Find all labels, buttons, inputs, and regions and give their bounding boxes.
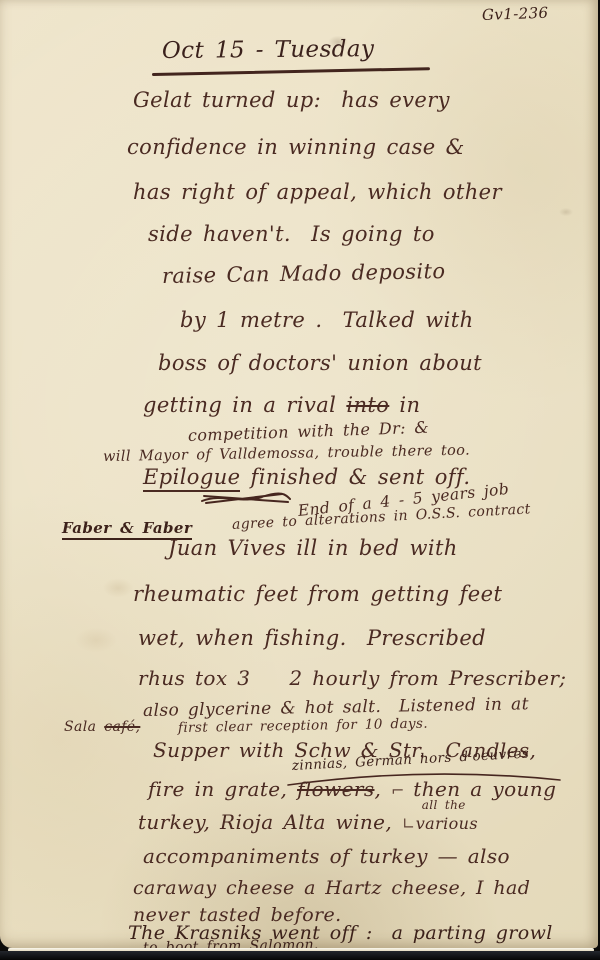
diary-line: Juan Vives ill in bed with — [168, 538, 458, 559]
margin-note-publisher: Faber & Faber — [62, 521, 192, 536]
underlined-word: Epilogue — [143, 465, 240, 492]
line-text: getting in a rival — [143, 393, 346, 417]
diary-line: has right of appeal, which other — [133, 182, 502, 203]
diary-line: raise Can Mado deposito — [162, 261, 446, 287]
diary-line: Gelat turned up: has every — [133, 90, 450, 111]
diary-line: boss of doctors' union about — [158, 353, 482, 374]
line-text: various — [416, 814, 478, 833]
diary-page-scan: Gv1-236 Oct 15 - Tuesday Gelat turned up… — [0, 0, 600, 960]
line-text: turkey, Rioja Alta wine, — [138, 810, 402, 834]
diary-line: accompaniments of turkey — also — [143, 846, 510, 866]
margin-note-sala: Sala café, — [64, 720, 140, 734]
diary-line: fire in grate, flowers, ⌐ then a young — [148, 779, 556, 799]
diary-line: getting in a rival into in — [143, 395, 420, 416]
line-text: fire in grate, — [148, 777, 297, 801]
inserted-words: all the — [422, 799, 466, 811]
insertion-caret-icon: ∟ — [402, 814, 416, 833]
line-text: finished & sent off. — [240, 465, 470, 489]
diary-line: by 1 metre . Talked with — [180, 310, 474, 331]
diary-line: caraway cheese a Hartz cheese, I had — [133, 879, 530, 898]
diary-line: rhus tox 3 2 hourly from Prescriber; — [138, 668, 566, 688]
diary-line: confidence in winning case & — [127, 137, 465, 158]
struck-word: café, — [104, 719, 140, 735]
diary-line: wet, when fishing. Prescribed — [138, 628, 486, 649]
diary-line: turkey, Rioja Alta wine, ∟all thevarious — [138, 812, 478, 832]
entry-title: Oct 15 - Tuesday — [162, 38, 375, 63]
crossout-scribble-icon — [200, 491, 292, 505]
stacked-insertion: all thevarious — [416, 812, 478, 832]
scan-bottom-band — [0, 951, 600, 960]
insertion-caret-icon: ⌐ — [391, 781, 413, 800]
diary-line: side haven't. Is going to — [148, 224, 435, 245]
struck-word: into — [346, 393, 389, 417]
struck-word: flowers — [297, 777, 374, 801]
diary-line: Epilogue finished & sent off. — [143, 467, 470, 488]
diary-line: rheumatic feet from getting feet — [133, 584, 502, 605]
line-text: Sala — [64, 719, 104, 735]
line-text: in — [389, 393, 420, 417]
line-text: , — [374, 777, 391, 801]
ref-number: Gv1-236 — [482, 6, 549, 23]
